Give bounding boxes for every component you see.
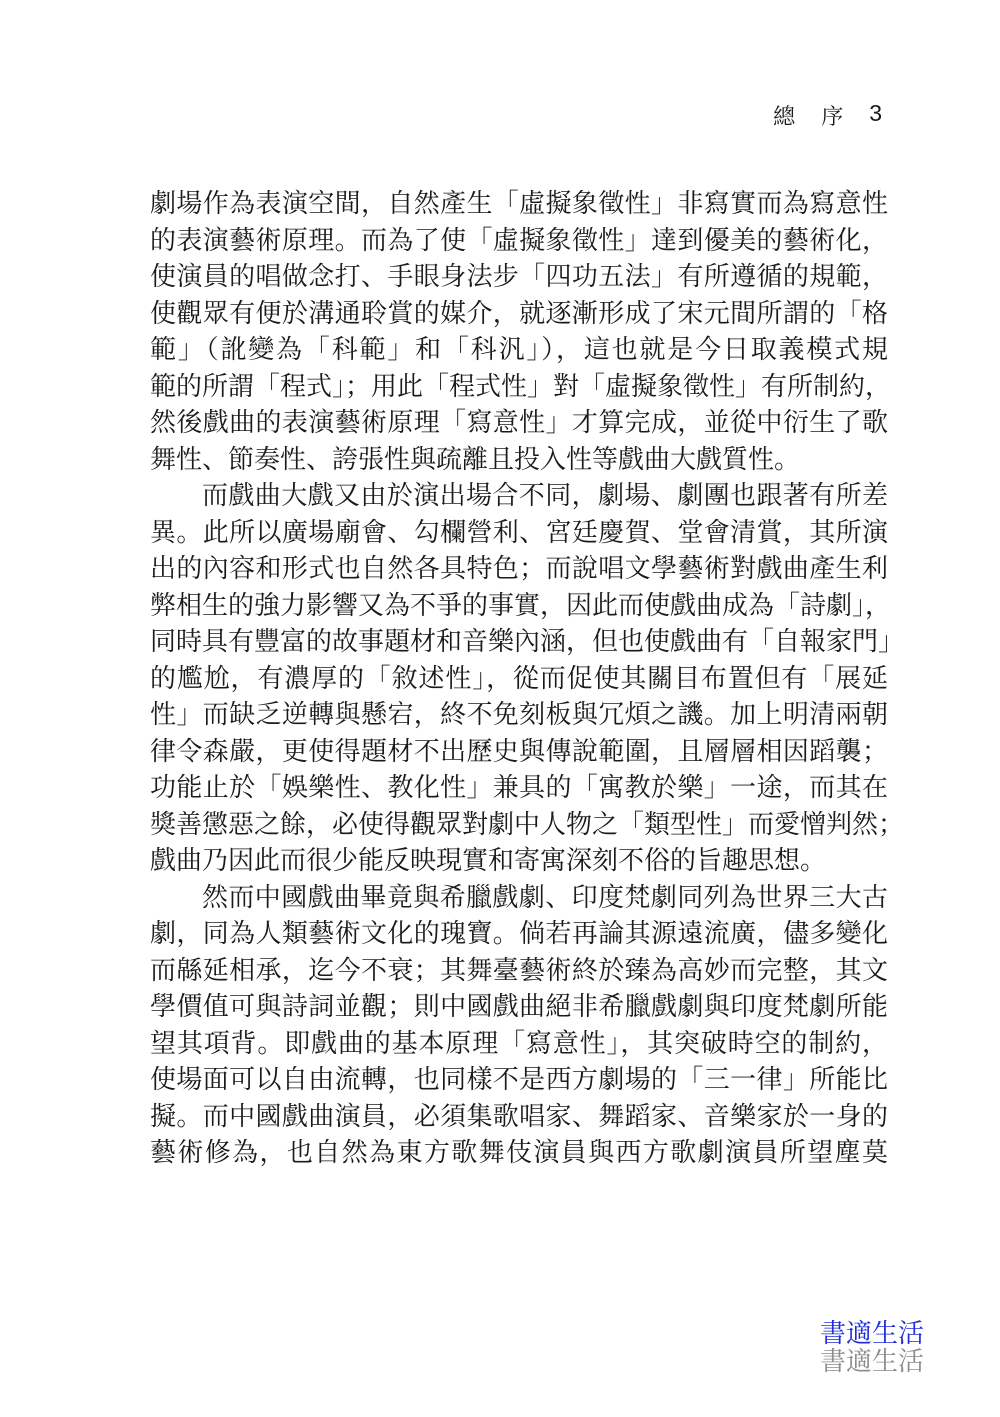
text-line: 劇場作為表演空間，自然產生「虛擬象徵性」非寫實而為寫意性	[150, 186, 888, 223]
text-line: 功能止於「娛樂性、教化性」兼具的「寓教於樂」一途，而其在	[150, 770, 888, 807]
text-line-paragraph-start: 然而中國戲曲畢竟與希臘戲劇、印度梵劇同列為世界三大古	[150, 880, 888, 917]
text-line: 而緜延相承，迄今不衰；其舞臺藝術終於臻為高妙而完整，其文	[150, 953, 888, 990]
header-title-char-1: 總	[773, 100, 795, 131]
text-line: 擬。而中國戲曲演員，必須集歌唱家、舞蹈家、音樂家於一身的	[150, 1099, 888, 1136]
text-line-paragraph-end: 舞性、節奏性、誇張性與疏離且投入性等戲曲大戲質性。	[150, 442, 888, 479]
text-line: 然後戲曲的表演藝術原理「寫意性」才算完成，並從中衍生了歌	[150, 405, 888, 442]
watermark-line-gray: 書適生活	[820, 1348, 924, 1376]
watermark: 書適生活 書適生活	[820, 1320, 924, 1376]
text-line-paragraph-end: 戲曲乃因此而很少能反映現實和寄寓深刻不俗的旨趣思想。	[150, 843, 888, 880]
header-title-char-2: 序	[821, 100, 843, 131]
text-line: 望其項背。即戲曲的基本原理「寫意性」，其突破時空的制約，	[150, 1026, 888, 1063]
text-line-paragraph-start: 而戲曲大戲又由於演出場合不同，劇場、劇團也跟著有所差	[150, 478, 888, 515]
text-line: 範」（訛變為「科範」和「科汎」），這也就是今日取義模式規	[150, 332, 888, 369]
text-line: 出的內容和形式也自然各具特色；而說唱文學藝術對戲曲產生利	[150, 551, 888, 588]
text-line: 律令森嚴，更使得題材不出歷史與傳說範圍，且層層相因蹈襲；	[150, 734, 888, 771]
text-line: 的表演藝術原理。而為了使「虛擬象徵性」達到優美的藝術化，	[150, 223, 888, 260]
watermark-line-blue: 書適生活	[820, 1320, 924, 1348]
text-line: 學價值可與詩詞並觀；則中國戲曲絕非希臘戲劇與印度梵劇所能	[150, 989, 888, 1026]
text-line: 同時具有豐富的故事題材和音樂內涵，但也使戲曲有「自報家門」	[150, 624, 888, 661]
text-line: 劇，同為人類藝術文化的瑰寶。倘若再論其源遠流廣，儘多變化	[150, 916, 888, 953]
text-line: 弊相生的強力影響又為不爭的事實，因此而使戲曲成為「詩劇」，	[150, 588, 888, 625]
text-line: 的尷尬，有濃厚的「敘述性」，從而促使其關目布置但有「展延	[150, 661, 888, 698]
body-text: 劇場作為表演空間，自然產生「虛擬象徵性」非寫實而為寫意性 的表演藝術原理。而為了…	[150, 186, 888, 1172]
page-number: 3	[869, 100, 882, 131]
text-line: 使觀眾有便於溝通聆賞的媒介，就逐漸形成了宋元間所謂的「格	[150, 296, 888, 333]
text-line: 使演員的唱做念打、手眼身法步「四功五法」有所遵循的規範，	[150, 259, 888, 296]
text-line: 範的所謂「程式」；用此「程式性」對「虛擬象徵性」有所制約，	[150, 369, 888, 406]
text-line: 藝術修為，也自然為東方歌舞伎演員與西方歌劇演員所望塵莫	[150, 1135, 888, 1172]
text-line: 異。此所以廣場廟會、勾欄營利、宮廷慶賀、堂會清賞，其所演	[150, 515, 888, 552]
text-line: 使場面可以自由流轉，也同樣不是西方劇場的「三一律」所能比	[150, 1062, 888, 1099]
text-line: 性」而缺乏逆轉與懸宕，終不免刻板與冗煩之譏。加上明清兩朝	[150, 697, 888, 734]
text-line: 獎善懲惡之餘，必使得觀眾對劇中人物之「類型性」而愛憎判然；	[150, 807, 888, 844]
running-header: 總 序 3	[773, 100, 882, 131]
